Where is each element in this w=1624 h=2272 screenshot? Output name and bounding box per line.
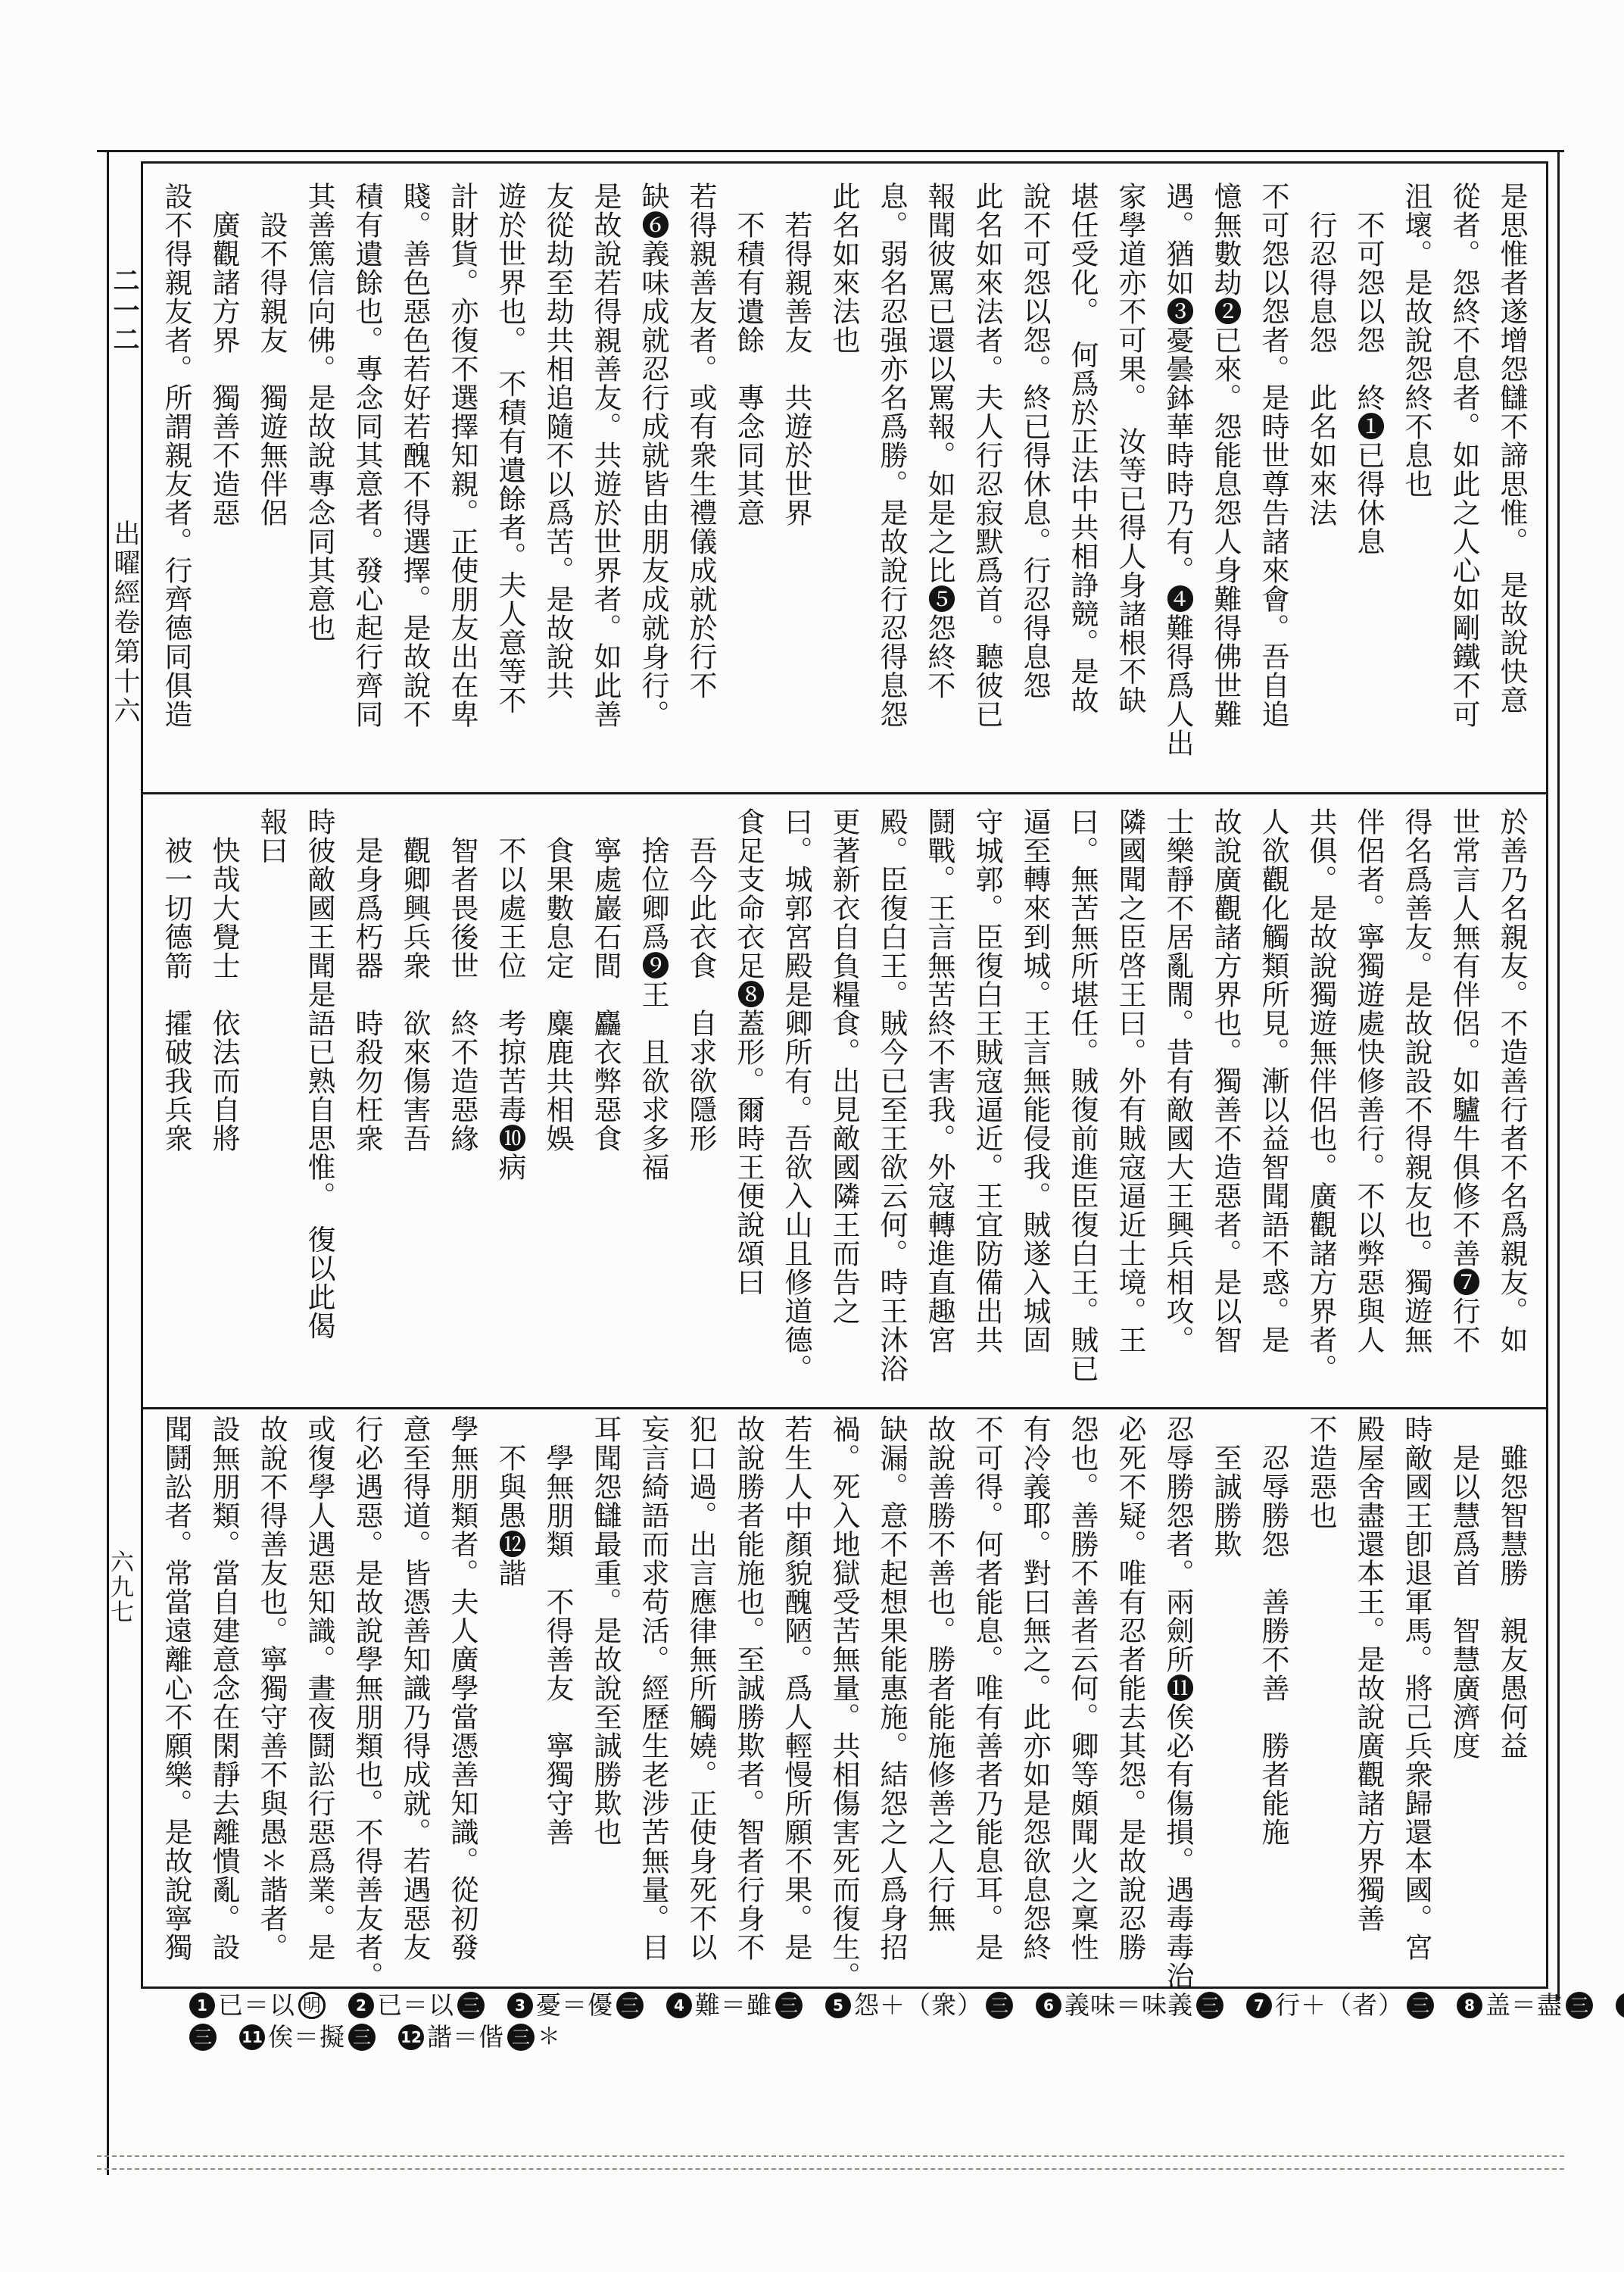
text-column-3-27: 故說不得善友也。寧獨守善不與愚＊諧者。 xyxy=(248,1415,295,1978)
footnote-entry-5: 5怨＋（衆）三 xyxy=(825,1990,1013,2021)
text-column-1-26: 其善篤信向佛。是故說專念同其意也 xyxy=(295,182,343,782)
footnote-reading: 已＝以 xyxy=(218,1990,295,2021)
text-column-2-7: 故說廣觀諸方界也。獨善不造惡者。是以智 xyxy=(1202,807,1249,1401)
text-column-3-12: 不可得。何者能息。唯有善者乃能息耳。是 xyxy=(963,1415,1011,1978)
outer-right-rule xyxy=(1557,150,1560,2001)
text-column-2-11: 逼至轉來到城。王言無能侵我。賊遂入城固 xyxy=(1011,807,1058,1401)
text-column-1-2: 從者。怨終不息者。如此之人心如剛鐵不可 xyxy=(1440,182,1488,782)
text-column-2-8: 士樂靜不居亂閙。昔有敵國大王興兵相攻。 xyxy=(1154,807,1202,1401)
text-column-1-10: 堪任受化。 何爲於正法中共相諍競。是故 xyxy=(1058,182,1106,782)
text-column-2-3: 得名爲善友。是故說設不得親友也。獨遊無 xyxy=(1392,807,1440,1401)
text-column-1-7: 憶無數劫❷已來。怨能息怨人身難得佛世難 xyxy=(1202,182,1249,782)
scroll-title-label: 出曜經卷第十六 xyxy=(108,520,142,726)
footnote-number-badge: 11 xyxy=(239,2024,265,2050)
footnote-number-badge: 9 xyxy=(1616,1993,1624,2018)
text-column-3-11: 有冷義耶。對曰無之。此亦如是怨欲息怨終 xyxy=(1011,1415,1058,1978)
register-2: 於善乃名親友。不造善行者不名爲親友。如世常言人無有伴侶。如驢牛俱修不善❼行不得名… xyxy=(145,807,1546,1401)
footnote-entry-2: 2已＝以三 xyxy=(348,1990,485,2021)
verse-column-3-21: 學無朋類 不得善友 寧獨守善 xyxy=(534,1415,581,1978)
outer-top-rule xyxy=(97,150,1564,152)
footnote-entry-cont: 三 xyxy=(189,2024,217,2051)
footnote-number-badge: 1 xyxy=(189,1993,215,2018)
edition-mark-three: 三 xyxy=(507,2024,535,2051)
edition-mark-three: 三 xyxy=(457,1992,485,2019)
footnote-entry-9: 9王＝主三 xyxy=(1616,1990,1624,2021)
register-3: 雖怨智慧勝 親友愚何益是以慧爲首 智慧廣濟度時敵國王卽退軍馬。將己兵衆歸還本國。… xyxy=(145,1415,1546,1978)
footnote-number-badge: 12 xyxy=(398,2024,424,2050)
verse-column-1-17: 不積有遺餘 專念同其意 xyxy=(725,182,772,782)
text-column-2-27: 報曰 xyxy=(248,807,295,1401)
text-column-1-15: 此名如來法也 xyxy=(820,182,868,782)
volume-number-label: 二一二 xyxy=(108,267,141,355)
footnote-number-badge: 7 xyxy=(1246,1993,1272,2018)
text-column-3-9: 必死不疑。唯有忍者能去其怨。是故說忍勝 xyxy=(1106,1415,1154,1978)
text-column-3-4: 殿屋舍盡還本王。是故說廣觀諸方界獨善 xyxy=(1345,1415,1392,1978)
text-column-1-12: 此名如來法者。夫人行忍寂默爲首。聽彼已 xyxy=(963,182,1011,782)
text-column-2-15: 更著新衣自負糧食。出見敵國隣王而告之 xyxy=(820,807,868,1401)
text-column-1-29: 設不得親友者。所謂親友者。行齊德同俱造 xyxy=(152,182,200,782)
footnote-reading: 難＝雖 xyxy=(695,1990,772,2021)
edition-mark-three: 三 xyxy=(775,1992,803,2019)
verse-column-2-19: 捨位卿爲❾王 且欲求多福 xyxy=(629,807,677,1401)
text-column-1-1: 是思惟者遂增怨讎不諦思惟。 是故說快意 xyxy=(1488,182,1535,782)
verse-column-1-5: 行忍得息怨 此名如來法 xyxy=(1297,182,1345,782)
text-column-3-14: 缺漏。意不起想果能惠施。結怨之人爲身招 xyxy=(868,1415,915,1978)
verse-column-1-27: 設不得親友 獨遊無伴侶 xyxy=(248,182,295,782)
text-column-3-29: 聞鬪訟者。常當遠離心不願樂。是故說寧獨 xyxy=(152,1415,200,1978)
verse-column-3-7: 至誠勝欺 xyxy=(1202,1415,1249,1978)
verse-column-2-20: 寧處巖石間 麤衣弊惡食 xyxy=(581,807,629,1401)
verse-column-2-28: 快哉大覺士 依法而自將 xyxy=(200,807,248,1401)
footnote-number-badge: 3 xyxy=(507,1993,533,2018)
footnote-entry-11: 11俟＝擬三 xyxy=(239,2022,376,2052)
text-column-2-14: 殿。臣復白王。賊今已至王欲云何。時王沐浴 xyxy=(868,807,915,1401)
text-column-3-24: 意至得道。皆憑善知識乃得成就。若遇惡友 xyxy=(391,1415,438,1978)
text-column-3-17: 故說勝者能施也。至誠勝欺者。智者行身不 xyxy=(725,1415,772,1978)
text-column-3-15: 禍。死入地獄受苦無量。共相傷害死而復生。 xyxy=(820,1415,868,1978)
verse-column-2-24: 觀卿興兵衆 欲來傷害吾 xyxy=(391,807,438,1401)
footnote-entry-12: 12諧＝偕三＊ xyxy=(398,2022,560,2052)
text-column-1-21: 友從劫至劫共相追隨不以爲苦。是故說共 xyxy=(534,182,581,782)
text-column-3-16: 若生人中顏貌醜陋。爲人輕慢所願不果。是 xyxy=(772,1415,820,1978)
footnote-entry-7: 7行＋（者）三 xyxy=(1246,1990,1434,2021)
verse-column-2-18: 吾今此衣食 自求欲隱形 xyxy=(677,807,725,1401)
footnote-reading: 已＝以 xyxy=(377,1990,454,2021)
text-column-3-26: 或復學人遇惡知識。晝夜鬪訟行惡爲業。是 xyxy=(295,1415,343,1978)
footnote-reading: 盖＝盡 xyxy=(1485,1990,1563,2021)
text-column-3-28: 設無朋類。當自建意念在閑靜去離憒亂。設 xyxy=(200,1415,248,1978)
edition-mark-three: 三 xyxy=(189,2024,217,2051)
verse-column-1-28: 廣觀諸方界 獨善不造惡 xyxy=(200,182,248,782)
text-column-3-10: 怨也。善勝不善者云何。卿等頗聞火之稟性 xyxy=(1058,1415,1106,1978)
text-column-1-20: 是故說若得親善友。共遊於世界者。如此善 xyxy=(581,182,629,782)
footnote-reading: 憂＝優 xyxy=(536,1990,613,2021)
edition-mark-ming: 明 xyxy=(298,1992,326,2019)
text-column-1-18: 若得親善友者。或有衆生禮儀成就於行不 xyxy=(677,182,725,782)
footnote-apparatus: 1已＝以明2已＝以三3憂＝優三4難＝雖三5怨＋（衆）三6義味＝味義三7行＋（者）… xyxy=(189,1990,1575,2054)
text-column-1-14: 息。弱名忍强亦名爲勝。是故說行忍得息怨 xyxy=(868,182,915,782)
text-column-2-1: 於善乃名親友。不造善行者不名爲親友。如 xyxy=(1488,807,1535,1401)
edition-mark-three: 三 xyxy=(1566,1992,1593,2019)
verse-column-2-25: 是身爲朽器 時殺勿枉衆 xyxy=(343,807,391,1401)
text-column-3-25: 行必遇惡。是故說學無朋類也。不得善友者。 xyxy=(343,1415,391,1978)
text-column-1-25: 積有遺餘也。專念同其意者。發心起行齊同 xyxy=(343,182,391,782)
page-number-label: 六九七 xyxy=(103,1550,136,1624)
verse-column-2-21: 食果數息定 麋鹿共相娛 xyxy=(534,807,581,1401)
text-column-2-6: 人欲觀化觸類所見。漸以益智聞語不惑。是 xyxy=(1249,807,1297,1401)
footnote-reading: 義味＝味義 xyxy=(1064,1990,1193,2021)
text-column-2-10: 曰。無苦無所堪任。賊復前進臣復白王。賊已 xyxy=(1058,807,1106,1401)
register-separator-2 xyxy=(143,1407,1546,1409)
text-column-1-9: 家學道亦不可果。 汝等已得人身諸根不缺 xyxy=(1106,182,1154,782)
text-column-3-19: 妄言綺語而求苟活。經歷生老涉苦無量。目 xyxy=(629,1415,677,1978)
text-column-2-5: 共俱。是故說獨遊無伴侶也。廣觀諸方界者。 xyxy=(1297,807,1345,1401)
text-column-3-13: 故說善勝不善也。勝者能施修善之人行無 xyxy=(915,1415,963,1978)
footnote-reading: 諧＝偕 xyxy=(427,2022,504,2052)
text-column-2-17: 食足支命衣足❽蓋形。爾時王便說頌曰 xyxy=(725,807,772,1401)
footnote-number-badge: 5 xyxy=(825,1993,851,2018)
footnote-number-badge: 8 xyxy=(1457,1993,1482,2018)
text-column-1-6: 不可怨以怨者。是時世尊告諸來會。吾自追 xyxy=(1249,182,1297,782)
edition-mark-three: 三 xyxy=(986,1992,1013,2019)
footnote-entry-3: 3憂＝優三 xyxy=(507,1990,644,2021)
outer-left-rule xyxy=(107,150,109,2175)
text-column-1-8: 遇。猶如❸憂曇鉢華時時乃有。❹難得爲人出 xyxy=(1154,182,1202,782)
text-column-2-26: 時彼敵國王聞是語已熟自思惟。 復以此偈 xyxy=(295,807,343,1401)
bottom-dashed-rule-2 xyxy=(97,2168,1564,2170)
verse-column-2-23: 智者畏後世 終不造惡緣 xyxy=(438,807,486,1401)
footnote-line-1: 1已＝以明2已＝以三3憂＝優三4難＝雖三5怨＋（衆）三6義味＝味義三7行＋（者）… xyxy=(189,1990,1575,2021)
edition-mark-three: 三 xyxy=(1407,1992,1434,2019)
footnote-line-2: 三11俟＝擬三12諧＝偕三＊ xyxy=(189,2022,1575,2052)
text-column-2-4: 伴侶者。寧獨遊處快修善行。不以弊惡與人 xyxy=(1345,807,1392,1401)
edition-mark-three: 三 xyxy=(616,1992,644,2019)
text-column-3-20: 耳聞怨讎最重。是故說至誠勝欺也 xyxy=(581,1415,629,1978)
text-column-3-23: 學無朋類者。夫人廣學當憑善知識。從初發 xyxy=(438,1415,486,1978)
verse-column-3-6: 忍辱勝怨 善勝不善 勝者能施 xyxy=(1249,1415,1297,1978)
text-column-1-22: 遊於世界也。 不積有遺餘者。夫人意等不 xyxy=(486,182,534,782)
text-column-1-23: 計財貨。亦復不選擇知親。正使朋友出在卑 xyxy=(438,182,486,782)
text-column-1-13: 報聞彼罵已還以罵報。如是之比❺怨終不 xyxy=(915,182,963,782)
text-column-2-2: 世常言人無有伴侶。如驢牛俱修不善❼行不 xyxy=(1440,807,1488,1401)
footnote-number-badge: 6 xyxy=(1036,1993,1061,2018)
text-column-1-11: 說不可怨以怨。終已得休息。行忍得息怨 xyxy=(1011,182,1058,782)
text-column-1-24: 賤。善色惡色若好若醜不得選擇。是故說不 xyxy=(391,182,438,782)
edition-mark-three: 三 xyxy=(348,2024,376,2051)
text-column-1-19: 缺❻義味成就忍行成就皆由朋友成就身行。 xyxy=(629,182,677,782)
verse-column-3-2: 是以慧爲首 智慧廣濟度 xyxy=(1440,1415,1488,1978)
verse-column-2-22: 不以處王位 考掠苦毒❿病 xyxy=(486,807,534,1401)
text-column-2-12: 守城郭。臣復白王賊寇逼近。王宜防備出共 xyxy=(963,807,1011,1401)
verse-column-3-22: 不與愚⓬諧 xyxy=(486,1415,534,1978)
register-1: 是思惟者遂增怨讎不諦思惟。 是故說快意從者。怨終不息者。如此之人心如剛鐵不可沮壞… xyxy=(145,182,1546,782)
register-separator-1 xyxy=(143,792,1546,794)
verse-column-3-1: 雖怨智慧勝 親友愚何益 xyxy=(1488,1415,1535,1978)
edition-mark-three: 三 xyxy=(1196,1992,1223,2019)
footnote-number-badge: 4 xyxy=(666,1993,692,2018)
scanned-sutra-page: 二一二 出曜經卷第十六 六九七 是思惟者遂增怨讎不諦思惟。 是故說快意從者。怨終… xyxy=(0,0,1624,2272)
text-column-3-8: 忍辱勝怨者。兩劍所⓫俟必有傷損。遇毒毒治 xyxy=(1154,1415,1202,1978)
text-column-3-5: 不造惡也 xyxy=(1297,1415,1345,1978)
verse-column-1-4: 不可怨以怨 終❶已得休息 xyxy=(1345,182,1392,782)
footnote-entry-8: 8盖＝盡三 xyxy=(1457,1990,1593,2021)
text-column-1-3: 沮壞。是故說怨終不息也 xyxy=(1392,182,1440,782)
footnote-entry-1: 1已＝以明 xyxy=(189,1990,326,2021)
footnote-reading: 行＋（者） xyxy=(1275,1990,1404,2021)
text-column-2-16: 曰。城郭宮殿是卿所有。吾欲入山且修道德。 xyxy=(772,807,820,1401)
bottom-dashed-rule-1 xyxy=(97,2155,1564,2157)
text-column-3-18: 犯口過。出言應律無所觸嬈。正使身死不以 xyxy=(677,1415,725,1978)
footnote-entry-6: 6義味＝味義三 xyxy=(1036,1990,1223,2021)
text-column-2-9: 隣國聞之臣啓王曰。外有賊寇逼近士境。王 xyxy=(1106,807,1154,1401)
text-column-3-3: 時敵國王卽退軍馬。將己兵衆歸還本國。宮 xyxy=(1392,1415,1440,1978)
footnote-reading: 怨＋（衆） xyxy=(854,1990,983,2021)
verse-column-1-16: 若得親善友 共遊於世界 xyxy=(772,182,820,782)
footnote-entry-4: 4難＝雖三 xyxy=(666,1990,803,2021)
footnote-reading: 俟＝擬 xyxy=(268,2022,345,2052)
text-column-2-13: 鬪戰。王言無苦終不害我。外寇轉進直趣宮 xyxy=(915,807,963,1401)
footnote-asterisk: ＊ xyxy=(538,2022,560,2052)
footnote-number-badge: 2 xyxy=(348,1993,374,2018)
verse-column-2-29: 被一切德箭 攉破我兵衆 xyxy=(152,807,200,1401)
